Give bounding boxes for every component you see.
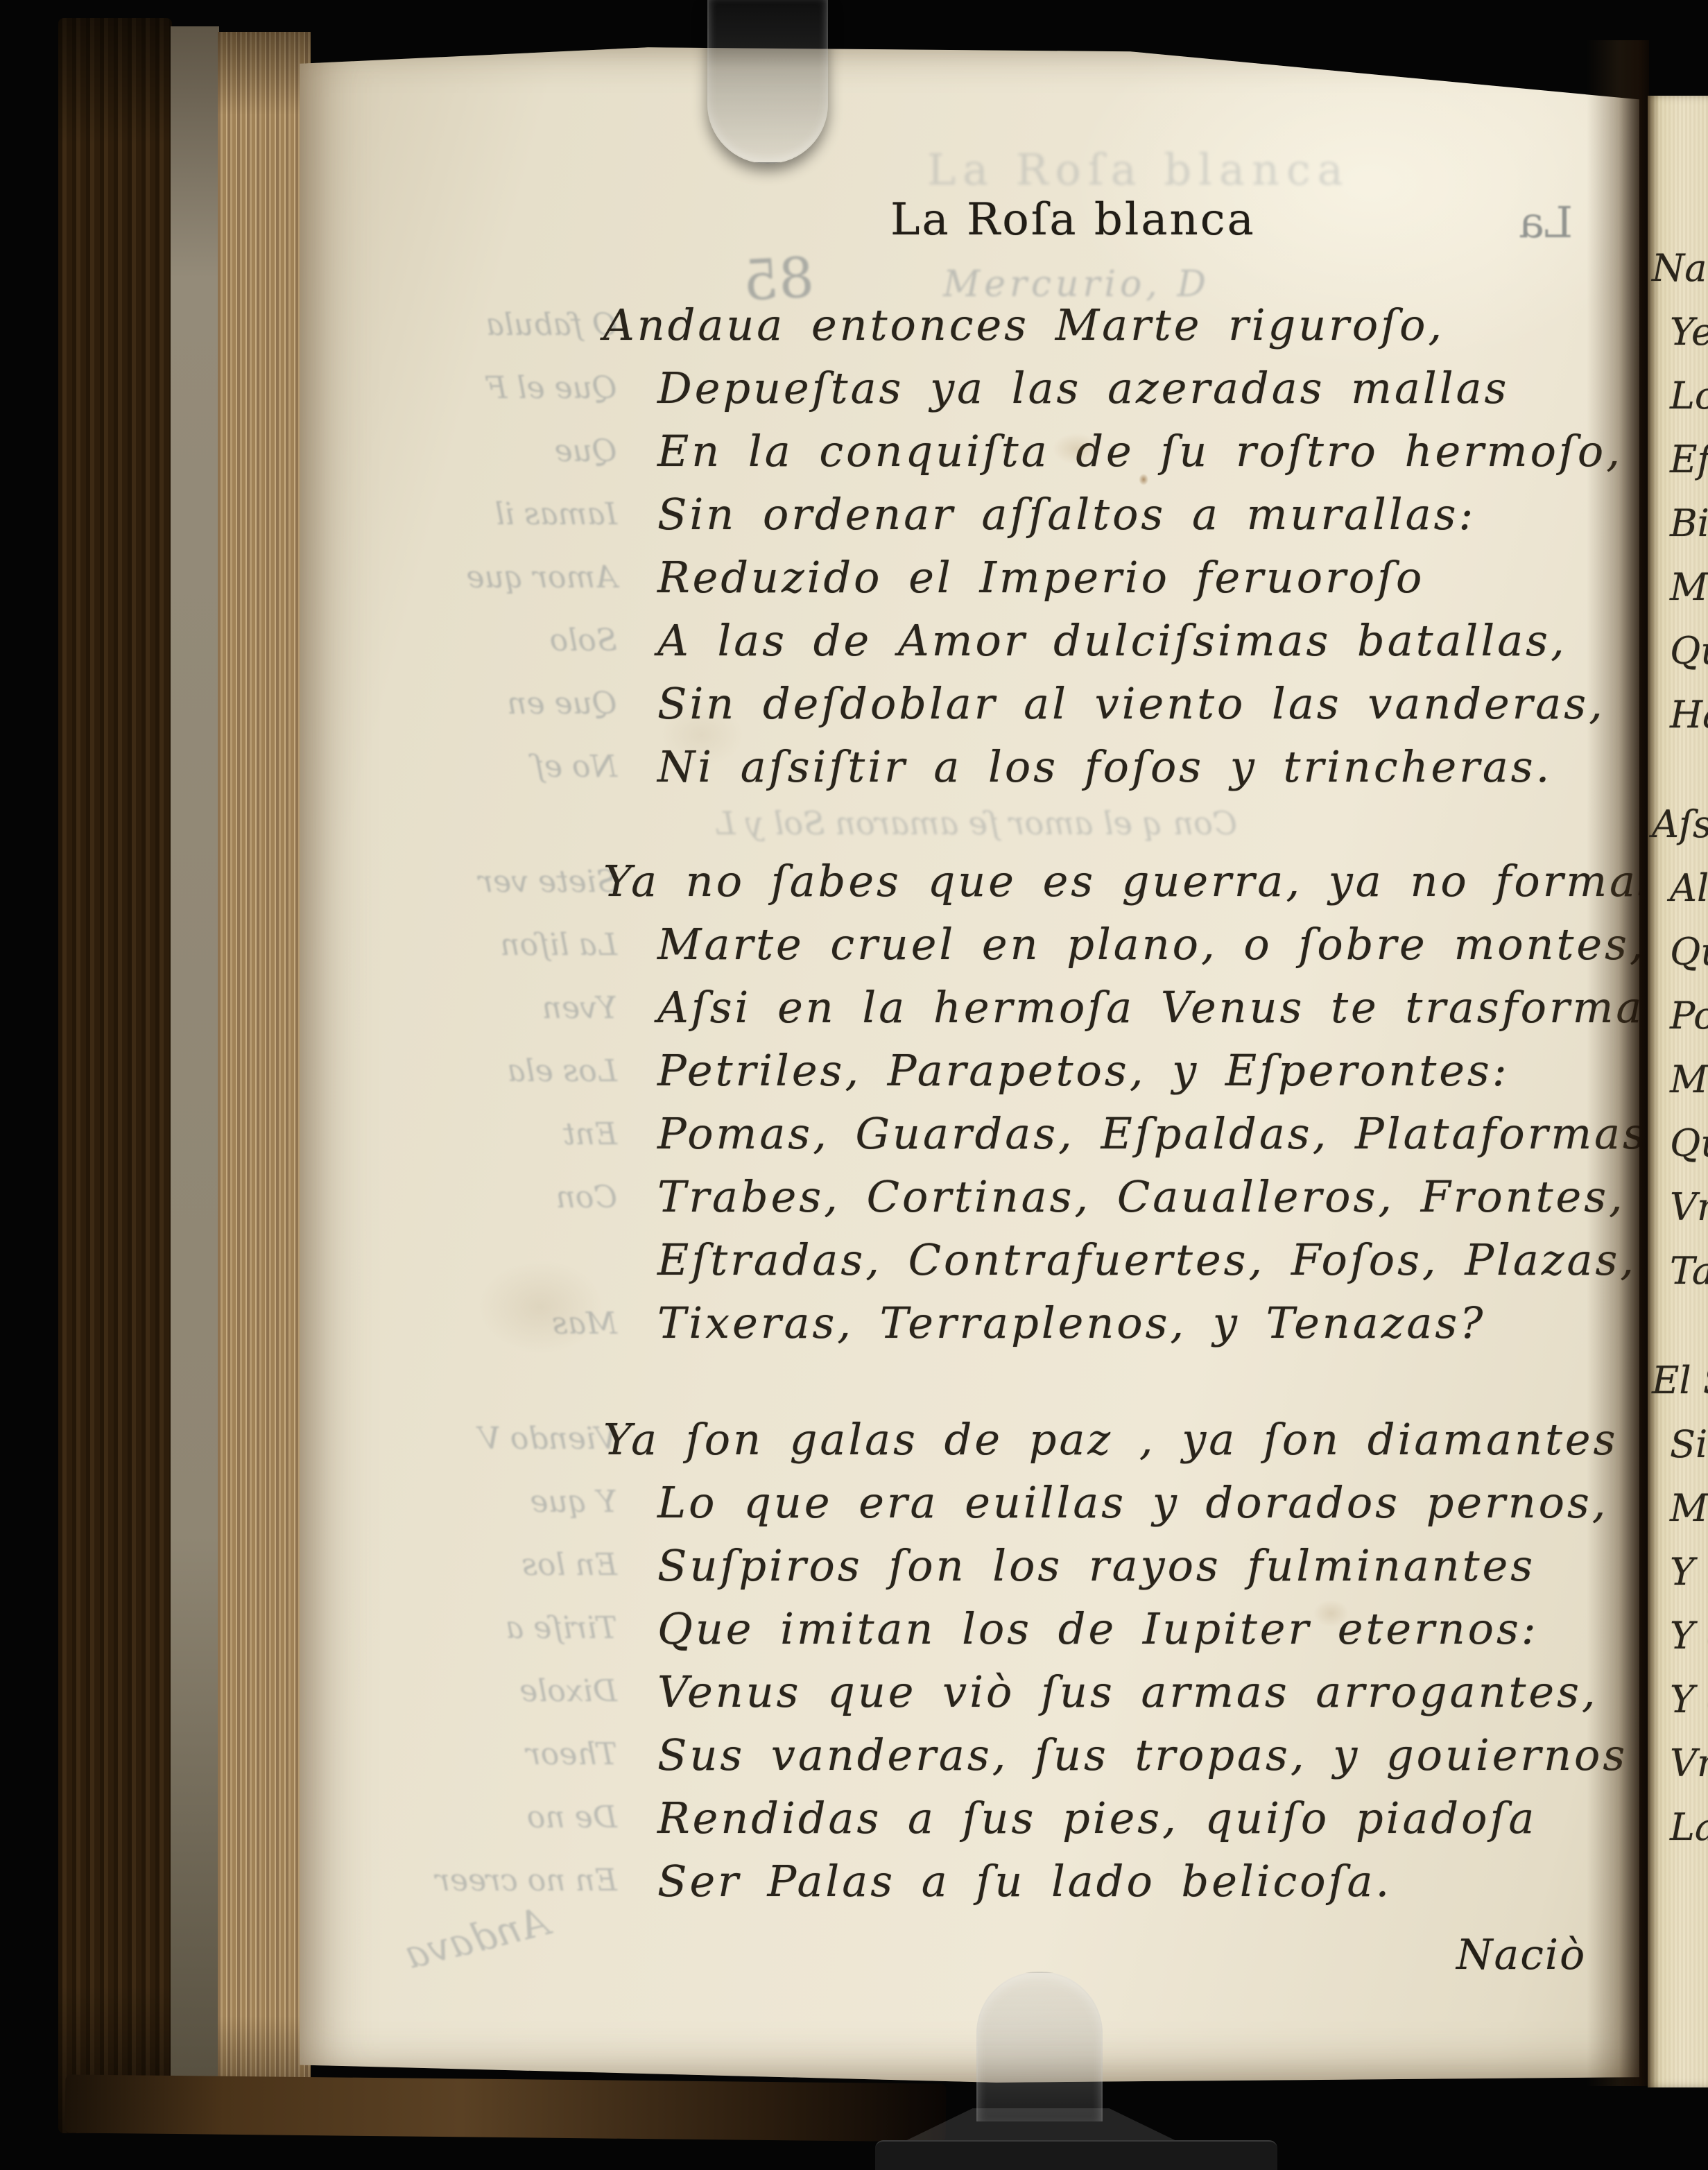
poem-line: Venus que viò ſus armas arrogantes,: [657, 1662, 1628, 1725]
mirrored-header-fragment: La: [1519, 197, 1573, 248]
poem-line: A las de Amor dulciſsimas batallas,: [657, 610, 1623, 673]
ghost-fragment: Los ela: [381, 1041, 617, 1104]
next-page-partial-line: Al qu: [1648, 858, 1708, 922]
book-photograph: La Roſa blanca La Roſa blanca La 85 Merc…: [0, 0, 1708, 2170]
poem-line: Sin ordenar aſſaltos a murallas:: [657, 484, 1623, 547]
poem-line: Ya no ſabes que es guerra, ya no formas: [603, 851, 1686, 914]
next-page-partial-line: Sin ſe: [1648, 1414, 1708, 1478]
ghost-fragment: Iamas il: [381, 484, 617, 547]
next-page-partial-line: Naciò: [1648, 238, 1708, 302]
next-page-sliver: NaciòYenLos dEfetoBienMasQue aHaſtaAſsi …: [1648, 96, 1708, 2087]
poem-line: Andaua entonces Marte riguroſo,: [603, 295, 1623, 358]
ghost-fragment: Que el F: [381, 358, 617, 421]
ghost-fragment: Tiriſe a: [381, 1598, 617, 1661]
ghost-fragment: En los: [381, 1535, 617, 1598]
poem-line: Trabes, Cortinas, Caualleros, Frontes,: [657, 1166, 1686, 1230]
ghost-fragment: Mas: [381, 1293, 617, 1357]
bleedthrough-center-ghost: Con q el amor ſe amaron Sol y L: [577, 804, 1374, 842]
stanza-2: Ya no ſabes que es guerra, ya no formasM…: [657, 851, 1686, 1356]
bottom-clamp-bar: [875, 2140, 1277, 2170]
book-spine-leather: [58, 18, 172, 2133]
next-page-partial-line: Tan: [1648, 1241, 1708, 1304]
ghost-fragment: Y que: [381, 1472, 617, 1535]
bottom-page-clamp: [976, 1972, 1103, 2121]
stanza-1: Andaua entonces Marte riguroſo,Depueſtas…: [657, 295, 1623, 800]
poem-line: Reduzido el Imperio feruoroſo: [657, 547, 1623, 610]
ghost-fragment: O fabula: [381, 295, 617, 358]
ghost-fragment: Yven: [381, 978, 617, 1041]
gutter-shadow: [1587, 40, 1649, 2086]
stanza-3: Ya ſon galas de paz , ya ſon diamantesLo…: [657, 1409, 1628, 1914]
next-page-partial-line: Yen: [1648, 302, 1708, 365]
next-page-partial-line: Bien: [1648, 493, 1708, 557]
next-page-partial-line: Vna: [1648, 1177, 1708, 1241]
catchword: Naciò: [1456, 1931, 1586, 1979]
next-page-partial-line: Mar: [1648, 1478, 1708, 1542]
next-page-partial-line: Y eſt: [1648, 1669, 1708, 1733]
next-page-lines: NaciòYenLos dEfetoBienMasQue aHaſtaAſsi …: [1648, 96, 1708, 1861]
poem-line: Ser Palas a ſu lado belicoſa.: [657, 1851, 1628, 1914]
running-header-ghost: La Roſa blanca: [927, 144, 1350, 195]
next-page-partial-line: El Sol ſ: [1648, 1350, 1708, 1414]
ghost-fragment: Que en: [381, 673, 617, 737]
ghost-fragment: Solo: [381, 610, 617, 673]
poem-line: Ni aſsiſtir a los foſos y trincheras.: [657, 737, 1623, 800]
poem-line: Eſtradas, Contrafuertes, Foſos, Plazas,: [657, 1230, 1686, 1293]
ghost-fragment: Theor: [381, 1724, 617, 1787]
next-page-partial-line: Los d: [1648, 365, 1708, 429]
ghost-fragment: La liſon: [381, 915, 617, 978]
next-page-partial-line: Que a: [1648, 621, 1708, 684]
ghost-fragment: De no: [381, 1787, 617, 1850]
bottom-board-edge: [65, 2074, 947, 2142]
poem-line: Sin deſdoblar al viento las vanderas,: [657, 673, 1623, 737]
ghost-fragment: Dixole: [381, 1661, 617, 1724]
ghost-fragment: No eſ: [381, 737, 617, 800]
next-page-partial-line: Qu: [1648, 1113, 1708, 1177]
poem-line: Ya ſon galas de paz , ya ſon diamantes: [603, 1409, 1628, 1472]
top-page-clamp: [707, 0, 828, 164]
poem-line: Petriles, Parapetos, y Eſperontes:: [657, 1040, 1686, 1103]
next-page-partial-line: Poco: [1648, 985, 1708, 1049]
next-page-partial-line: Vn n: [1648, 1733, 1708, 1797]
next-page-partial-line: Haſta: [1648, 684, 1708, 748]
parchment-strip: [171, 26, 219, 2124]
poem-line: Depueſtas ya las azeradas mallas: [657, 358, 1623, 421]
poem-line: Que imitan los de Iupiter eternos:: [657, 1599, 1628, 1662]
ghost-fragment: Viendo V: [381, 1409, 617, 1472]
ghost-fragment: Que: [381, 421, 617, 484]
ghost-fragment: Siete ver: [381, 852, 617, 915]
next-page-partial-line: Mas: [1648, 557, 1708, 621]
next-page-partial-line: Que: [1648, 922, 1708, 985]
poem-line: Rendidas a ſus pies, quiſo piadoſa: [657, 1788, 1628, 1851]
main-page: La Roſa blanca La Roſa blanca La 85 Merc…: [300, 40, 1639, 2083]
ghost-fragment: En no creer: [381, 1850, 617, 1913]
ghost-fragment: [381, 1230, 617, 1293]
next-page-partial-line: Aſsi es e: [1648, 794, 1708, 858]
ghost-fragment: Ent: [381, 1104, 617, 1167]
ghost-fragment: Amor que: [381, 547, 617, 610]
poem-line: Sus vanderas, ſus tropas, y gouiernos: [657, 1725, 1628, 1788]
next-page-partial-line: Y com: [1648, 1605, 1708, 1669]
running-header: La Roſa blanca: [890, 194, 1256, 246]
next-page-partial-line: La t: [1648, 1797, 1708, 1861]
poem-line: Marte cruel en plano, o ſobre montes,: [657, 914, 1686, 977]
poem-line: Lo que era euillas y dorados pernos,: [657, 1472, 1628, 1535]
next-page-partial-line: Efeto: [1648, 429, 1708, 493]
poem-line: En la conquiſta de ſu roſtro hermoſo,: [657, 421, 1623, 484]
poem-line: Tixeras, Terraplenos, y Tenazas?: [657, 1293, 1686, 1356]
bleedthrough-margin-column: O fabulaQue el FQueIamas ilAmor queSoloQ…: [381, 295, 617, 1913]
ghost-fragment: Con: [381, 1167, 617, 1230]
next-page-partial-line: Ma: [1648, 1049, 1708, 1113]
poem-line: Suſpiros ſon los rayos fulminantes: [657, 1535, 1628, 1599]
poem-line: Aſsi en la hermoſa Venus te trasformas,: [657, 977, 1686, 1040]
next-page-partial-line: Y par: [1648, 1542, 1708, 1605]
poem-line: Pomas, Guardas, Eſpaldas, Plataformas,: [657, 1103, 1686, 1166]
page-edge-stack: [218, 32, 311, 2121]
